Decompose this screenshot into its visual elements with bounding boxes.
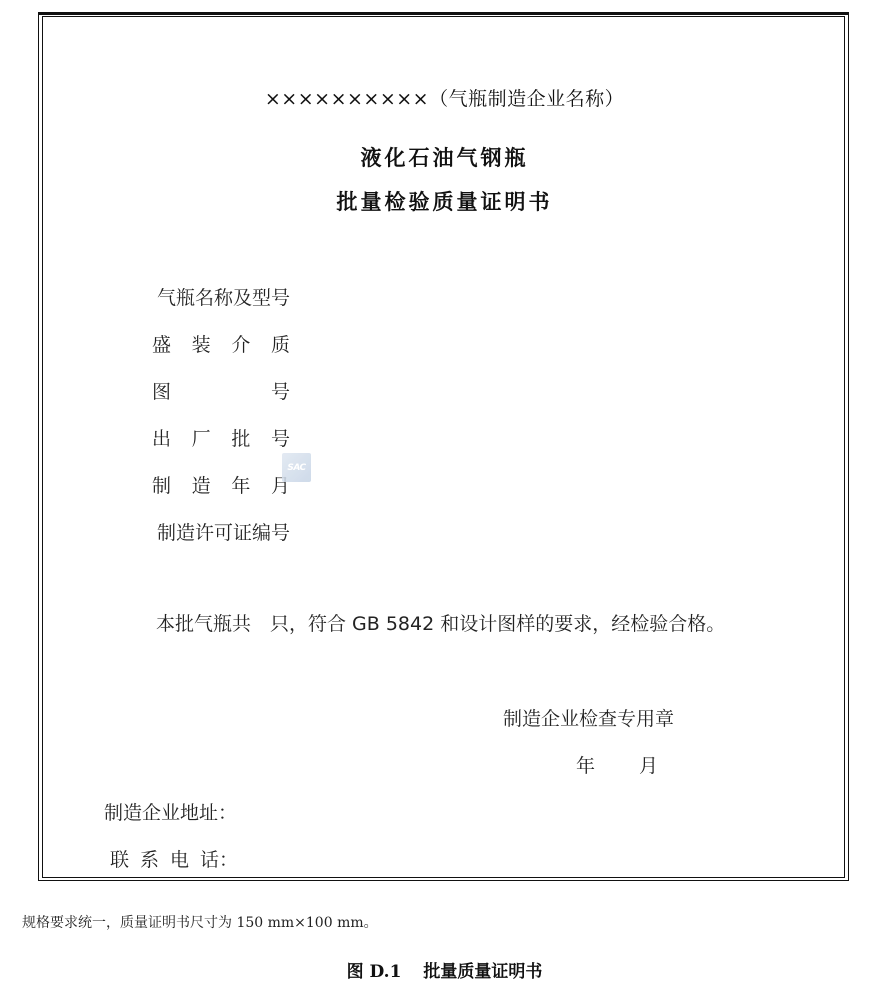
field-batch-number: 出 厂 批 号 [152,424,290,451]
field-drawing-number: 图 号 [152,377,290,404]
certificate-title-main: 批量检验质量证明书 [0,186,889,216]
compliance-statement: 本批气瓶共 只，符合 GB 5842 和设计图样的要求，经检验合格。 [156,609,725,636]
field-char: 厂 [192,424,211,451]
figure-number: 图 D.1 [347,962,402,982]
field-manufacture-date: 制 造 年 月 [152,471,290,498]
field-char: 质 [271,330,290,357]
figure-title: 批量质量证明书 [423,962,542,982]
field-char: 盛 [152,330,171,357]
field-char: 批 [231,424,250,451]
phone-char: 电 [170,845,189,872]
field-char: 介 [231,330,250,357]
size-requirement-note: 规格要求统一，质量证明书尺寸为 150 mm×100 mm。 [22,912,378,932]
certificate-title-product: 液化石油气钢瓶 [0,142,889,172]
sac-watermark-logo-icon: SAC [282,453,311,482]
company-name-line: ××××××××××（气瓶制造企业名称） [0,84,889,111]
contact-phone-label: 联 系 电 话： [110,845,238,872]
field-char: 制 [152,471,171,498]
stamp-date: 年月 [576,751,658,778]
phone-char: 系 [140,845,159,872]
phone-char: 话： [200,845,238,872]
inspection-stamp-label: 制造企业检查专用章 [503,704,674,731]
month-label: 月 [639,755,658,777]
field-char: 号 [271,424,290,451]
phone-char: 联 [110,845,129,872]
field-license-number: 制造许可证编号 [157,518,290,545]
field-char: 造 [192,471,211,498]
field-char: 出 [152,424,171,451]
field-char: 图 [152,377,171,404]
field-cylinder-name-model: 气瓶名称及型号 [157,283,290,310]
manufacturer-address-label: 制造企业地址： [104,798,237,825]
field-char: 号 [271,377,290,404]
field-char: 年 [231,471,250,498]
field-filling-medium: 盛 装 介 质 [152,330,290,357]
year-label: 年 [576,755,595,777]
figure-caption: 图 D.1批量质量证明书 [0,957,889,982]
field-char: 装 [192,330,211,357]
